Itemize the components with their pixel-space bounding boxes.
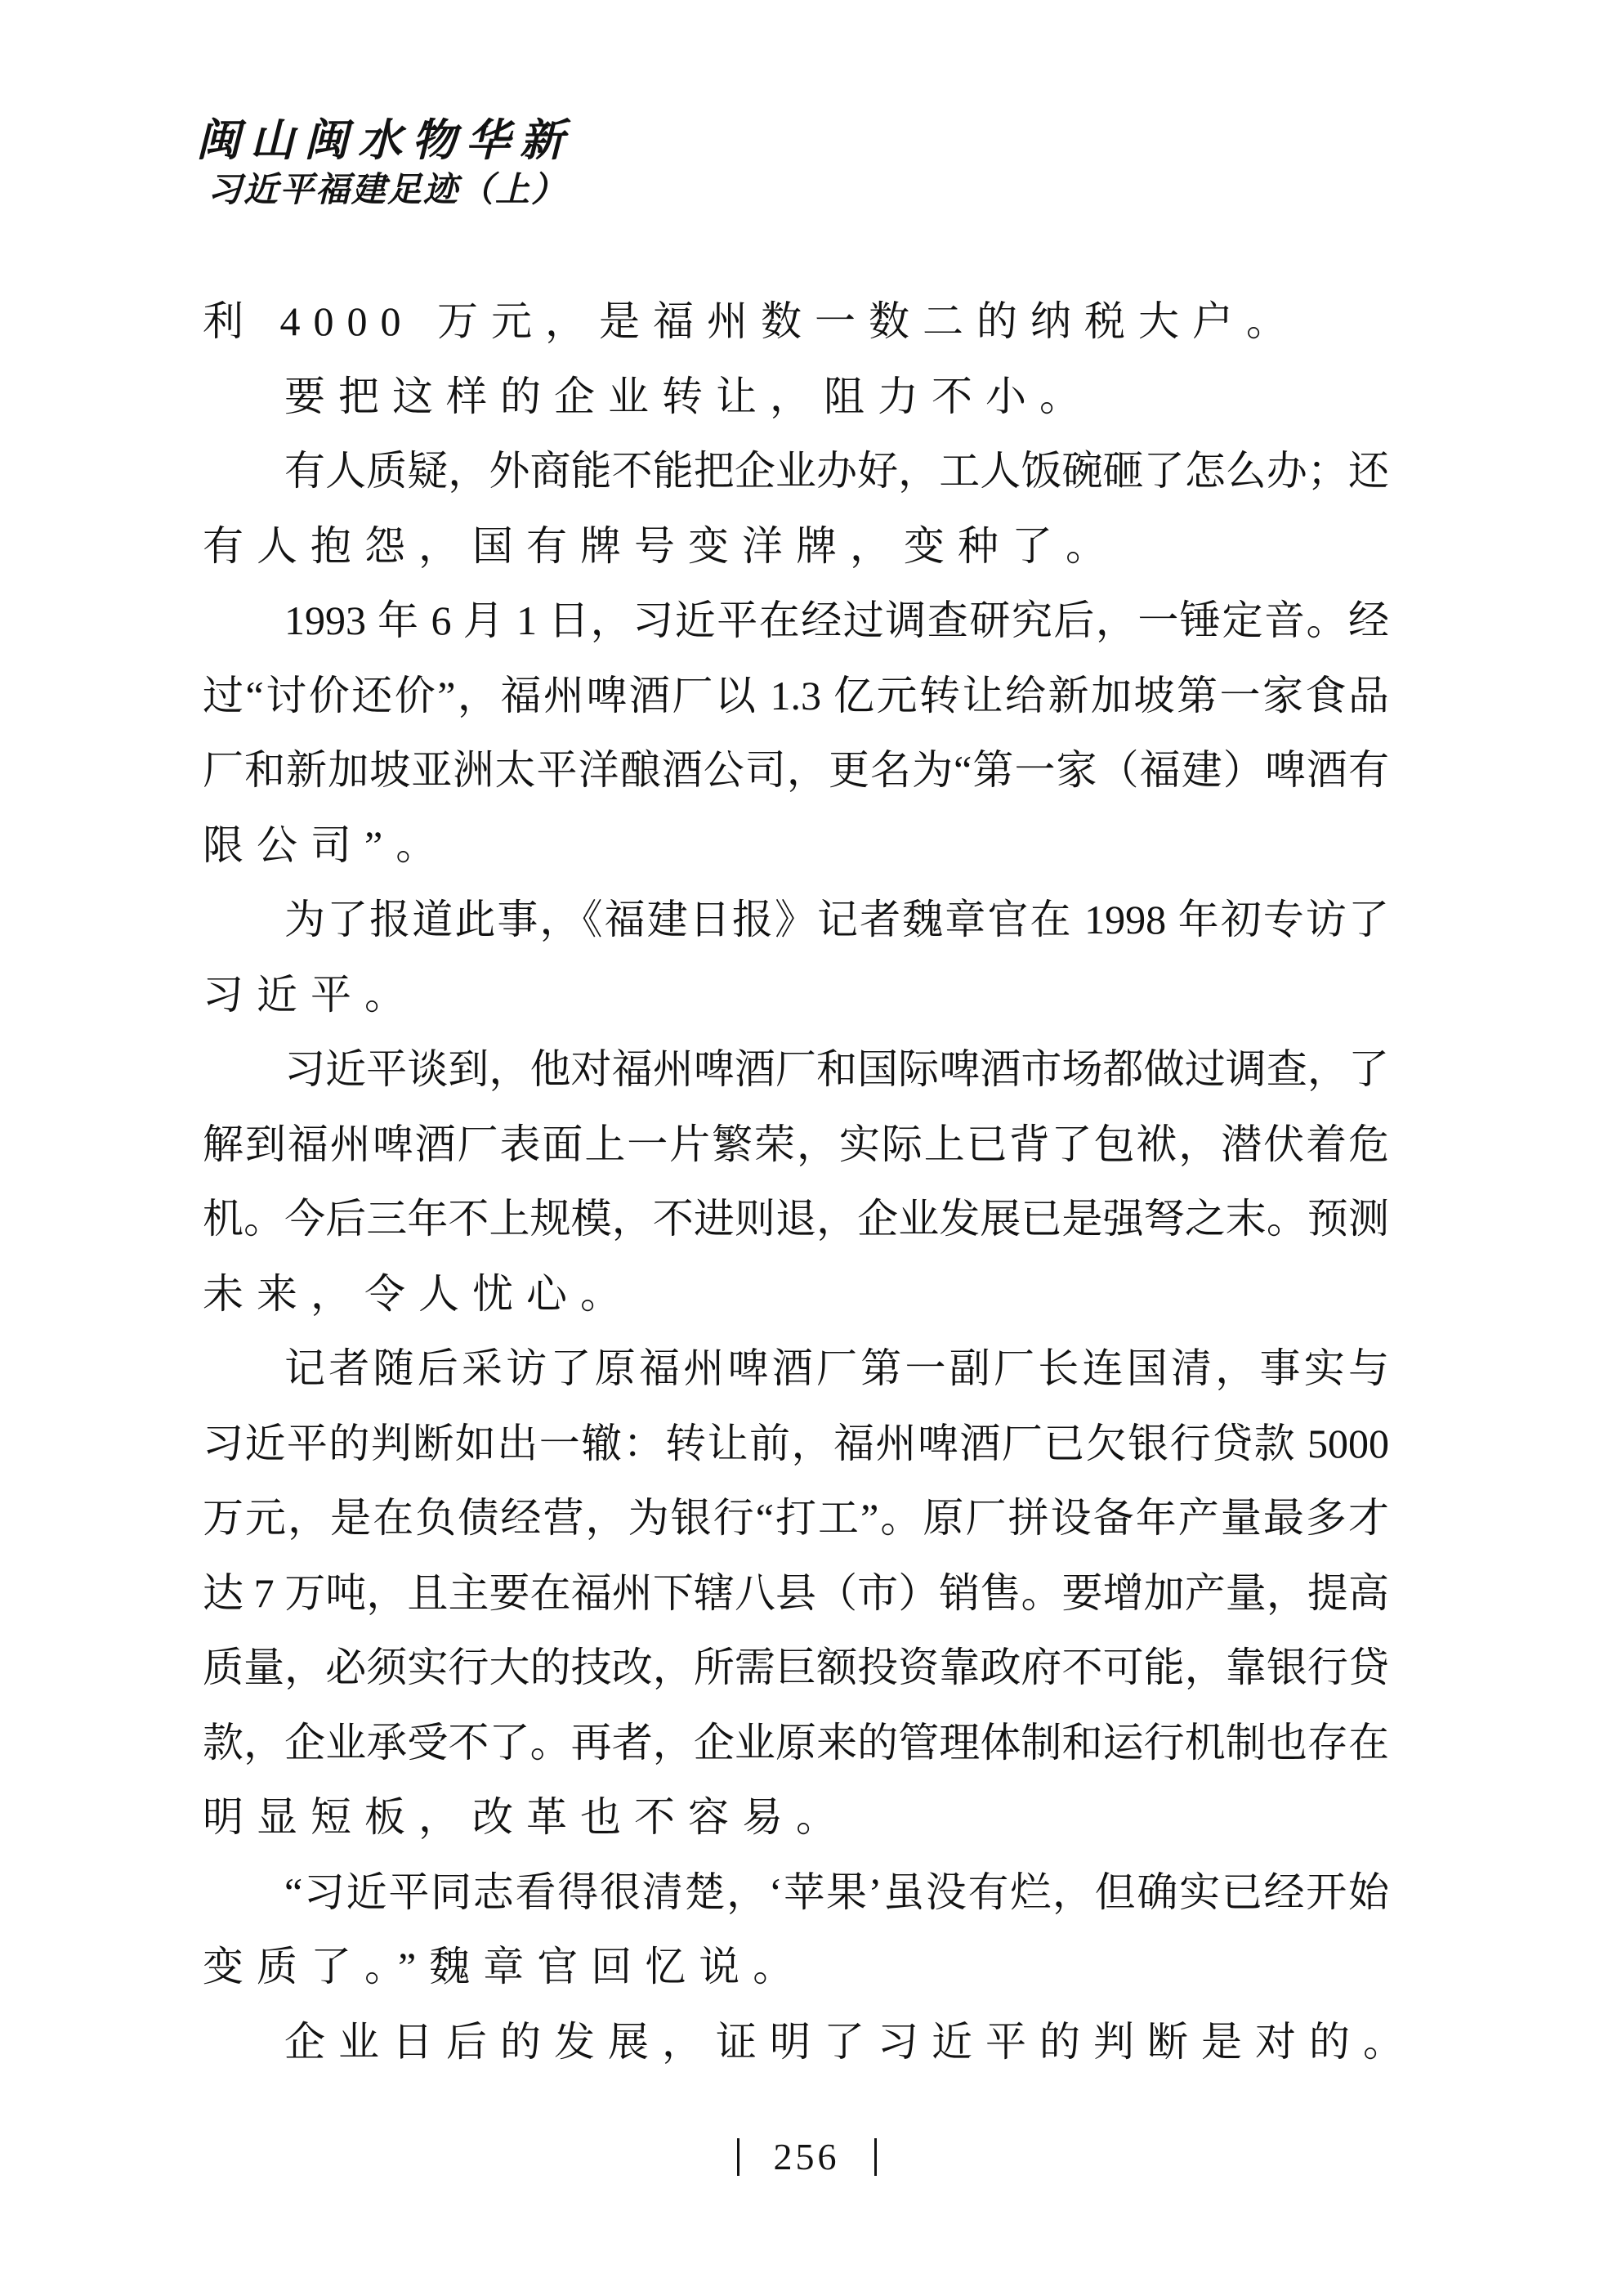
text-line: 未来，令人忧心。	[203, 1257, 1389, 1332]
text-line: 要把这样的企业转让，阻力不小。	[203, 360, 1389, 435]
text-line: 变质了。”魏章官回忆说。	[203, 1930, 1389, 2005]
text-line: 企业日后的发展，证明了习近平的判断是对的。	[203, 2005, 1389, 2080]
text-line: 1993 年 6 月 1 日，习近平在经过调查研究后，一锤定音。经	[203, 584, 1389, 659]
text-line: 明显短板，改革也不容易。	[203, 1780, 1389, 1855]
page-number: 256	[774, 2132, 840, 2182]
text-line: 利 4000 万元，是福州数一数二的纳税大户。	[203, 284, 1389, 360]
text-line: 习近平的判断如出一辙：转让前，福州啤酒厂已欠银行贷款 5000	[203, 1407, 1389, 1482]
body-text: 利 4000 万元，是福州数一数二的纳税大户。 要把这样的企业转让，阻力不小。 …	[203, 284, 1389, 2079]
text-line: 解到福州啤酒厂表面上一片繁荣，实际上已背了包袱，潜伏着危	[203, 1108, 1389, 1183]
text-line: 为了报道此事，《福建日报》记者魏章官在 1998 年初专访了	[203, 883, 1389, 958]
text-line: 厂和新加坡亚洲太平洋酿酒公司，更名为“第一家（福建）啤酒有	[203, 733, 1389, 808]
text-line: 质量，必须实行大的技改，所需巨额投资靠政府不可能，靠银行贷	[203, 1631, 1389, 1706]
text-line: 记者随后采访了原福州啤酒厂第一副厂长连国清，事实与	[203, 1332, 1389, 1407]
text-line: 习近平谈到，他对福州啤酒厂和国际啤酒市场都做过调查，了	[203, 1032, 1389, 1108]
text-line: 机。今后三年不上规模，不进则退，企业发展已是强弩之末。预测	[203, 1182, 1389, 1257]
text-line: 有人质疑，外商能不能把企业办好，工人饭碗砸了怎么办；还	[203, 434, 1389, 509]
text-line: 习近平。	[203, 958, 1389, 1033]
text-line: 万元，是在负债经营，为银行“打工”。原厂拼设备年产量最多才	[203, 1481, 1389, 1556]
book-title-calligraphy: 习近平福建足迹（上）	[208, 167, 574, 213]
text-line: “习近平同志看得很清楚，‘苹果’虽没有烂，但确实已经开始	[203, 1855, 1389, 1931]
series-title-calligraphy: 闽山闽水物华新	[196, 113, 574, 167]
book-page: 闽山闽水物华新 习近平福建足迹（上） 利 4000 万元，是福州数一数二的纳税大…	[0, 0, 1613, 2296]
text-line: 有人抱怨，国有牌号变洋牌，变种了。	[203, 509, 1389, 584]
page-footer: 256	[0, 2132, 1613, 2189]
text-line: 限公司”。	[203, 808, 1389, 884]
folio-right-bar	[874, 2138, 877, 2176]
folio-left-bar	[737, 2138, 739, 2176]
running-head: 闽山闽水物华新 习近平福建足迹（上）	[196, 113, 574, 213]
text-line: 达 7 万吨，且主要在福州下辖八县（市）销售。要增加产量，提高	[203, 1556, 1389, 1631]
text-line: 款，企业承受不了。再者，企业原来的管理体制和运行机制也存在	[203, 1706, 1389, 1781]
text-line: 过“讨价还价”，福州啤酒厂以 1.3 亿元转让给新加坡第一家食品	[203, 659, 1389, 734]
